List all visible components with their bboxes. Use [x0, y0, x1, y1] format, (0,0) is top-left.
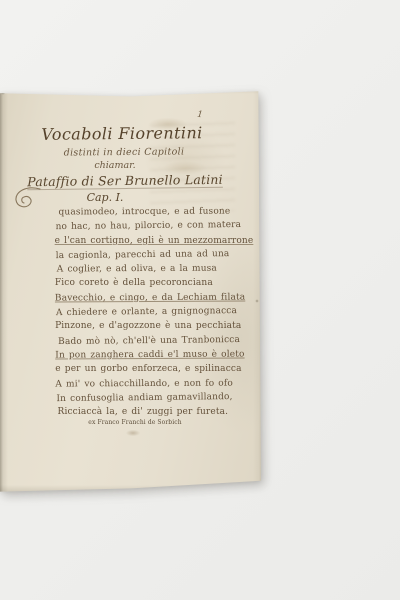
manuscript-line: In pon zanghera caddi e'l muso è oleto [55, 347, 245, 362]
manuscript-line: A chiedere e orlante, a gnignognacca [56, 304, 246, 320]
manuscript-line: e per un gorbo enforzeca, e spilinacca [55, 362, 245, 376]
manuscript-line: A coglier, e ad oliva, e a la musa [57, 262, 245, 277]
chapter-heading: Cap. I. [20, 191, 190, 204]
manuscript-subtitle-1: distinti in dieci Capitoli [0, 146, 248, 159]
manuscript-body: quasimodeo, introcque, e ad fusoneno hac… [54, 205, 245, 420]
manuscript-line: la cagionla, parecchi ad una ad una [56, 247, 246, 263]
manuscript-line: Fico coreto è della pecoronciana [55, 276, 245, 290]
manuscript-line: no hac, no hau, pilorcio, e con matera [55, 218, 245, 234]
page-number: 1 [190, 109, 211, 121]
manuscript-line: In confusoglia andiam gamavillando, [56, 390, 246, 406]
manuscript-title: Vocaboli Fiorentini [0, 123, 244, 145]
manuscript-line: Bado mò nò, ch'ell'è una Tranbonicca [58, 333, 246, 349]
manuscript-subtitle-2: chiamar. [0, 160, 230, 171]
manuscript-line: Ricciaccà la, e di' zuggi per fureta. [58, 405, 246, 419]
swirl-flourish-icon [12, 186, 42, 216]
photograph-background: 1 Vocaboli Fiorentini distinti in dieci … [0, 0, 400, 600]
ownership-inscription: ex Franco Franchi de Sorbich [40, 419, 230, 426]
manuscript-page-wrap: 1 Vocaboli Fiorentini distinti in dieci … [0, 88, 262, 492]
manuscript-line: Pinzone, e d'agozzone è una pecchiata [55, 319, 245, 333]
manuscript-line: A mi' vo chiacchillando, e non fo ofo [55, 376, 245, 391]
manuscript-page: 1 Vocaboli Fiorentini distinti in dieci … [0, 88, 262, 492]
manuscript-line: e l'can cortigno, egli è un mezzomarrone [55, 234, 245, 248]
